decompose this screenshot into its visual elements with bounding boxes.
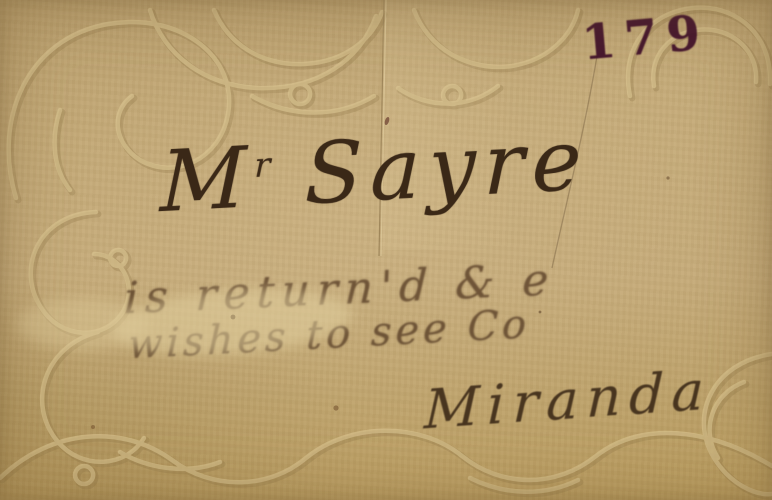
addressee-name: Sayre xyxy=(304,111,590,224)
embossed-border-ornament xyxy=(0,0,772,500)
scanned-card: 179 Mr Sayre is return'd & e wishes to s… xyxy=(0,0,772,500)
addressee-superscript: r xyxy=(254,145,271,185)
catalog-number-stamp: 179 xyxy=(580,5,712,72)
addressee-prefix: M xyxy=(159,128,255,231)
